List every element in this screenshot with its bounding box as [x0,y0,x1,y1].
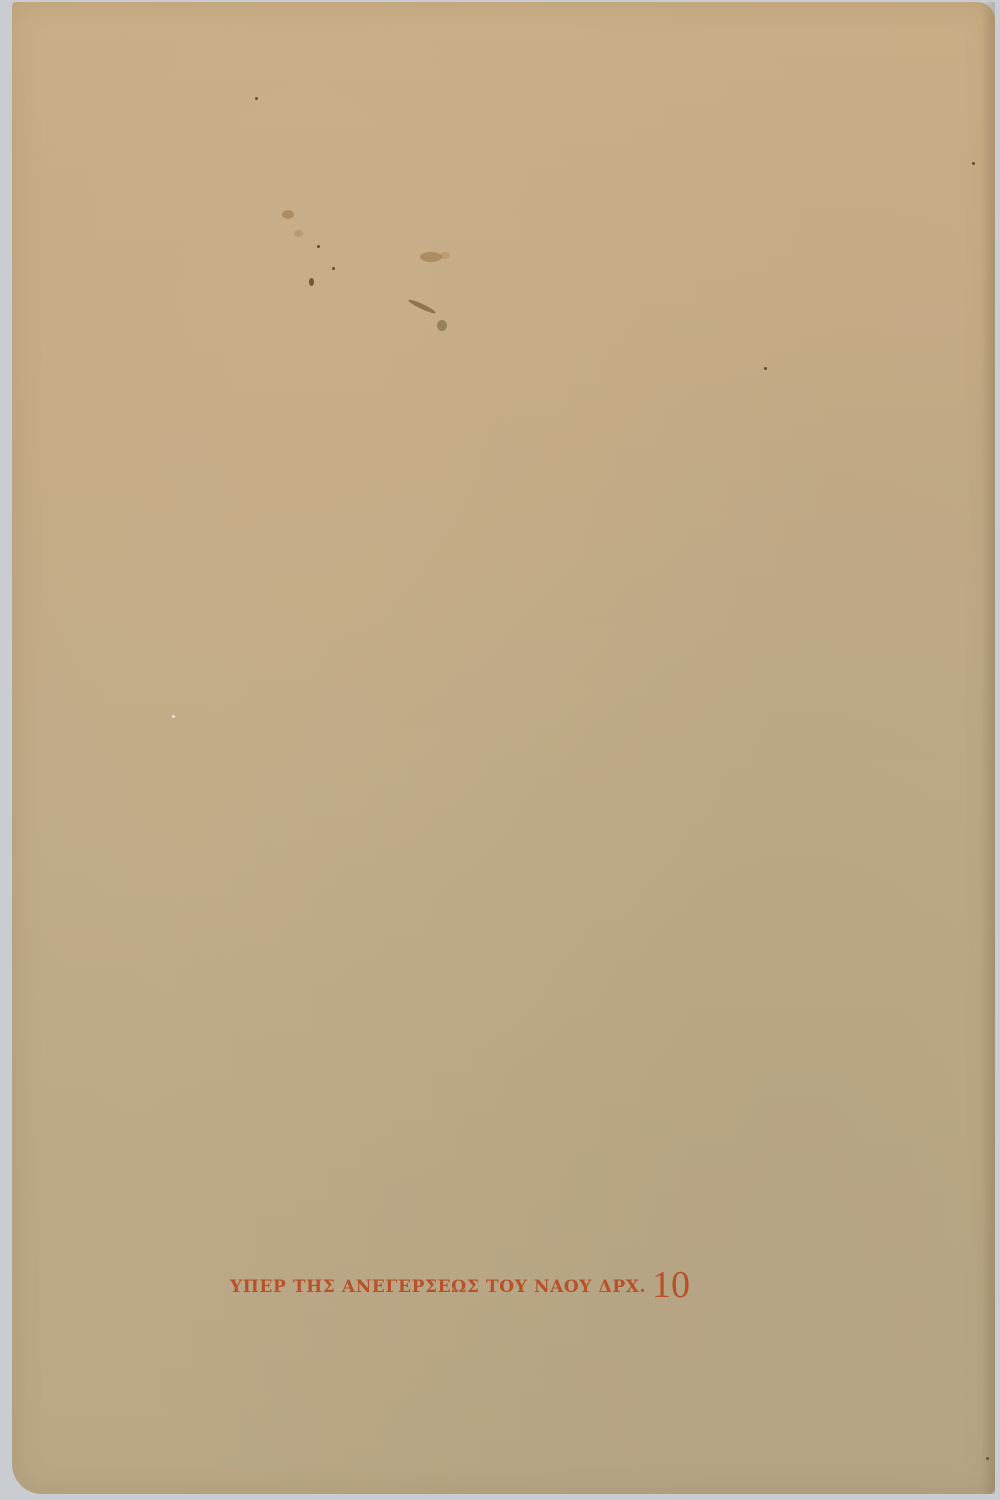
stain-mark [407,298,436,315]
donation-footer: ΥΠΕΡ ΤΗΣ ΑΝΕΓΕΡΣΕΩΣ ΤΟΥ ΝΑΟΥ ΔΡΧ. 10 [230,1255,790,1305]
stain-mark [420,252,442,262]
speck-mark [972,162,975,165]
speck-mark [986,1457,989,1460]
stain-mark [437,320,447,331]
scanned-page: ΥΠΕΡ ΤΗΣ ΑΝΕΓΕΡΣΕΩΣ ΤΟΥ ΝΑΟΥ ΔΡΧ. 10 [0,0,1000,1500]
stain-mark [309,278,314,286]
donation-text: ΥΠΕΡ ΤΗΣ ΑΝΕΓΕΡΣΕΩΣ ΤΟΥ ΝΑΟΥ ΔΡΧ. [230,1277,646,1305]
price-value: 10 [652,1265,690,1305]
stain-mark [440,252,450,259]
speck-mark [317,245,320,248]
speck-mark [764,367,767,370]
stain-mark [282,210,294,219]
speck-mark [332,267,335,270]
speck-mark [172,715,175,718]
stain-mark [294,230,303,237]
speck-mark [255,97,258,100]
